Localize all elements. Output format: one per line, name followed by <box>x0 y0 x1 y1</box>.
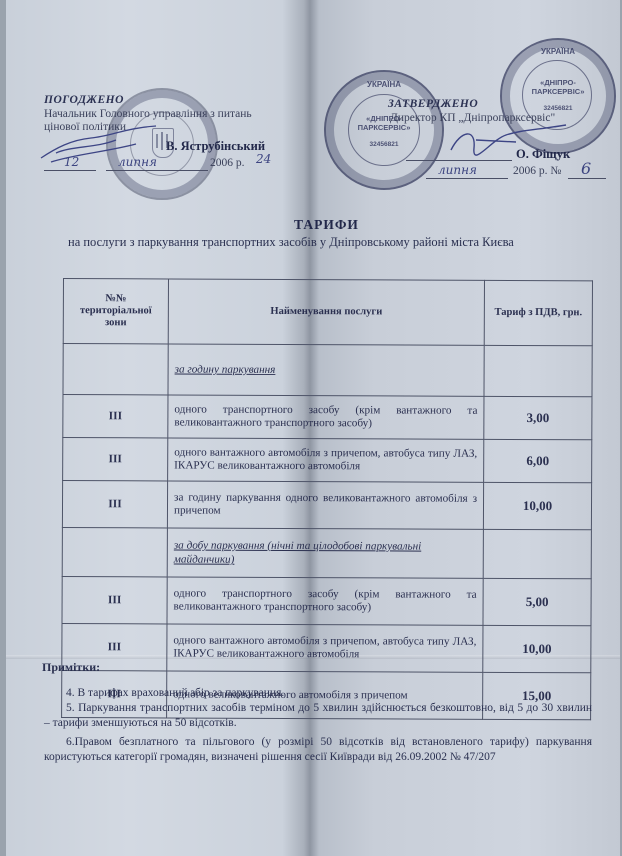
header-zone: №№ територіальної зони <box>63 279 168 344</box>
document-subtitle: на послуги з паркування транспортних зас… <box>68 235 514 250</box>
approved-left-month: липня <box>118 155 157 169</box>
table-row-section: за годину паркування <box>63 344 592 397</box>
service-cell: одного вантажного автомобіля з причепом,… <box>167 624 483 672</box>
table-row-section: за добу паркування (нічні та цілодобові … <box>62 527 591 578</box>
header-service: Найменування послуги <box>168 279 484 345</box>
tariff-cell: 3,00 <box>484 396 592 439</box>
approved-left-name: В. Яструбінський <box>166 139 265 154</box>
table-row: III одного вантажного автомобіля з приче… <box>63 438 592 483</box>
stamp-code-text: 32456821 <box>326 140 442 149</box>
service-cell: одного транспортного засобу (крім вантаж… <box>168 395 484 439</box>
tariff-cell: 6,00 <box>484 439 592 482</box>
approved-left-year: 2006 р. <box>210 157 245 169</box>
approved-right-heading: ЗАТВЕРДЖЕНО <box>388 98 478 110</box>
approved-left-heading: ПОГОДЖЕНО <box>44 94 124 106</box>
tariff-cell <box>484 345 592 396</box>
document-page: УКРАЇНА «ДНІПРО-ПАРКСЕРВІС» 32456821 УКР… <box>6 0 620 856</box>
zone-cell: III <box>62 481 167 528</box>
table-header-row: №№ територіальної зони Найменування посл… <box>63 279 592 346</box>
tariffs-table: №№ територіальної зони Найменування посл… <box>61 278 593 720</box>
section-title-cell: за добу паркування (нічні та цілодобові … <box>167 528 483 578</box>
note-item: 5. Паркування транспортних засобів термі… <box>44 701 592 731</box>
approved-right-name: О. Фіщук <box>516 147 570 162</box>
note-item: 6.Правом безплатного та пільгового (у ро… <box>44 735 592 765</box>
stamp-company-text: «ДНІПРО-ПАРКСЕРВІС» <box>502 78 614 96</box>
zone-cell: III <box>63 438 168 481</box>
approved-right-month: липня <box>438 163 477 177</box>
table-row: III одного транспортного засобу (крім ва… <box>62 576 591 625</box>
tariff-cell: 5,00 <box>483 578 591 625</box>
tariff-cell <box>483 529 591 578</box>
document-title: ТАРИФИ <box>294 217 359 233</box>
approved-right-year: 2006 р. № <box>513 165 561 177</box>
stamp-country-text: УКРАЇНА <box>326 80 442 89</box>
service-cell: одного вантажного автомобіля з причепом,… <box>168 438 484 482</box>
middle-round-stamp: УКРАЇНА «ДНІПРО-ПАРКСЕРВІС» 32456821 <box>324 70 444 190</box>
zone-cell: III <box>62 576 167 623</box>
table-row: III одного транспортного засобу (крім ва… <box>63 395 592 440</box>
notes-title: Примітки: <box>42 660 100 675</box>
zone-cell: III <box>63 395 168 438</box>
service-cell: за годину паркування одного великовантаж… <box>167 481 483 529</box>
zone-cell <box>63 344 168 395</box>
service-cell: одного транспортного засобу (крім вантаж… <box>167 577 483 625</box>
stamp-country-text: УКРАЇНА <box>502 47 614 56</box>
header-tariff: Тариф з ПДВ, грн. <box>484 280 592 345</box>
approved-right-number: 6 <box>581 159 591 178</box>
tariff-cell: 10,00 <box>483 625 591 672</box>
section-title-cell: за годину паркування <box>168 344 484 396</box>
approved-left-day: 12 <box>64 155 79 169</box>
approved-left-number: 24 <box>256 152 271 166</box>
table-row: III одного вантажного автомобіля з приче… <box>62 623 591 672</box>
tariff-cell: 10,00 <box>483 482 591 529</box>
table-row: III за годину паркування одного великова… <box>62 481 591 530</box>
note-item: 4. В тарифах врахований збір за паркуван… <box>44 686 592 701</box>
zone-cell <box>62 527 167 576</box>
